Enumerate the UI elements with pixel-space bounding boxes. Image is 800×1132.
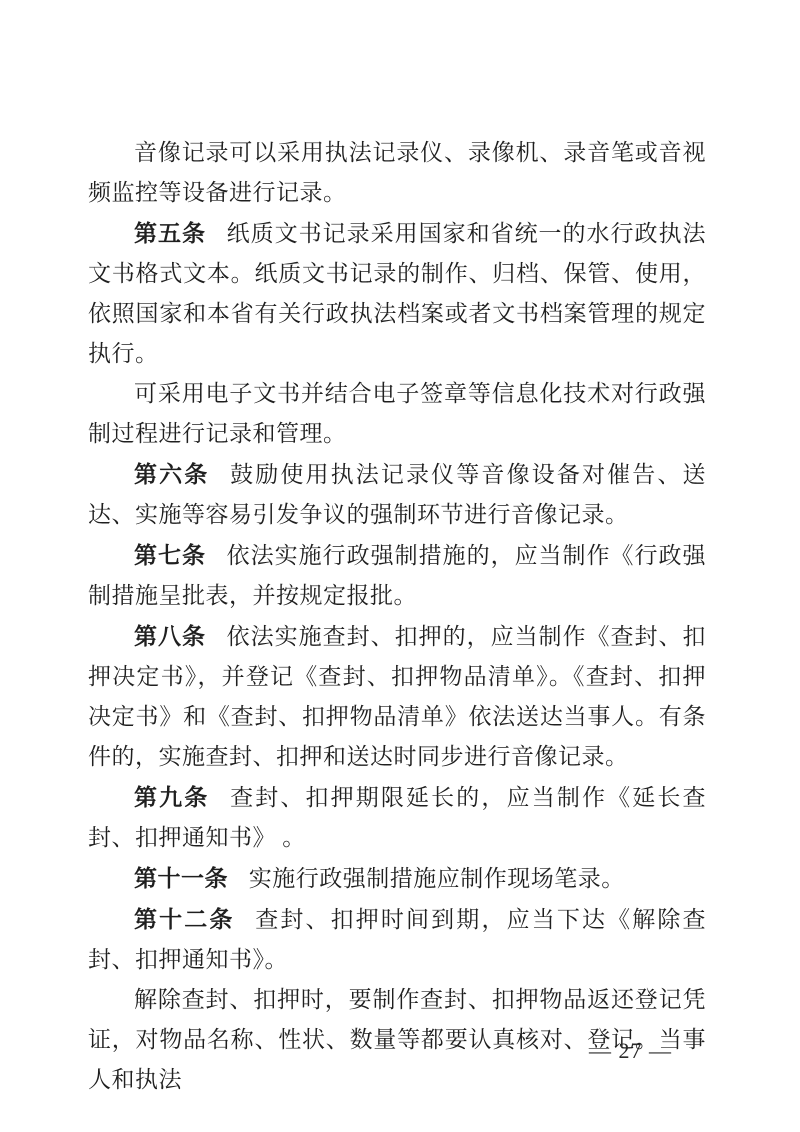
paragraph: 第十一条实施行政强制措施应制作现场笔录。 — [88, 858, 706, 899]
paragraph: 第五条纸质文书记录采用国家和省统一的水行政执法文书格式文本。纸质文书记录的制作、… — [88, 213, 706, 374]
page-number: — 27 — — [0, 1036, 672, 1066]
paragraph-text: 音像记录可以采用执法记录仪、录像机、录音笔或音视频监控等设备进行记录。 — [88, 140, 706, 205]
paragraph: 第七条依法实施行政强制措施的，应当制作《行政强制措施呈批表，并按规定报批。 — [88, 535, 706, 616]
article-number: 第六条 — [134, 461, 209, 487]
paragraph: 第八条依法实施查封、扣押的，应当制作《查封、扣押决定书》，并登记《查封、扣押物品… — [88, 616, 706, 777]
article-number: 第五条 — [134, 220, 206, 246]
paragraph: 音像记录可以采用执法记录仪、录像机、录音笔或音视频监控等设备进行记录。 — [88, 133, 706, 213]
paragraph: 第九条查封、扣押期限延长的，应当制作《延长查封、扣押通知书》 。 — [88, 777, 706, 858]
document-page: 音像记录可以采用执法记录仪、录像机、录音笔或音视频监控等设备进行记录。 第五条纸… — [0, 0, 800, 1132]
paragraph: 可采用电子文书并结合电子签章等信息化技术对行政强制过程进行记录和管理。 — [88, 374, 706, 454]
article-number: 第九条 — [134, 784, 209, 810]
article-number: 第十一条 — [134, 865, 228, 891]
article-number: 第八条 — [134, 623, 206, 649]
document-body: 音像记录可以采用执法记录仪、录像机、录音笔或音视频监控等设备进行记录。 第五条纸… — [88, 133, 706, 1100]
paragraph: 第十二条查封、扣押时间到期，应当下达《解除查封、扣押通知书》。 — [88, 899, 706, 980]
paragraph-text: 实施行政强制措施应制作现场笔录。 — [249, 866, 625, 891]
article-number: 第十二条 — [134, 906, 235, 932]
paragraph-text: 可采用电子文书并结合电子签章等信息化技术对行政强制过程进行记录和管理。 — [88, 381, 706, 446]
article-number: 第七条 — [134, 542, 206, 568]
paragraph: 第六条鼓励使用执法记录仪等音像设备对催告、送达、实施等容易引发争议的强制环节进行… — [88, 454, 706, 535]
